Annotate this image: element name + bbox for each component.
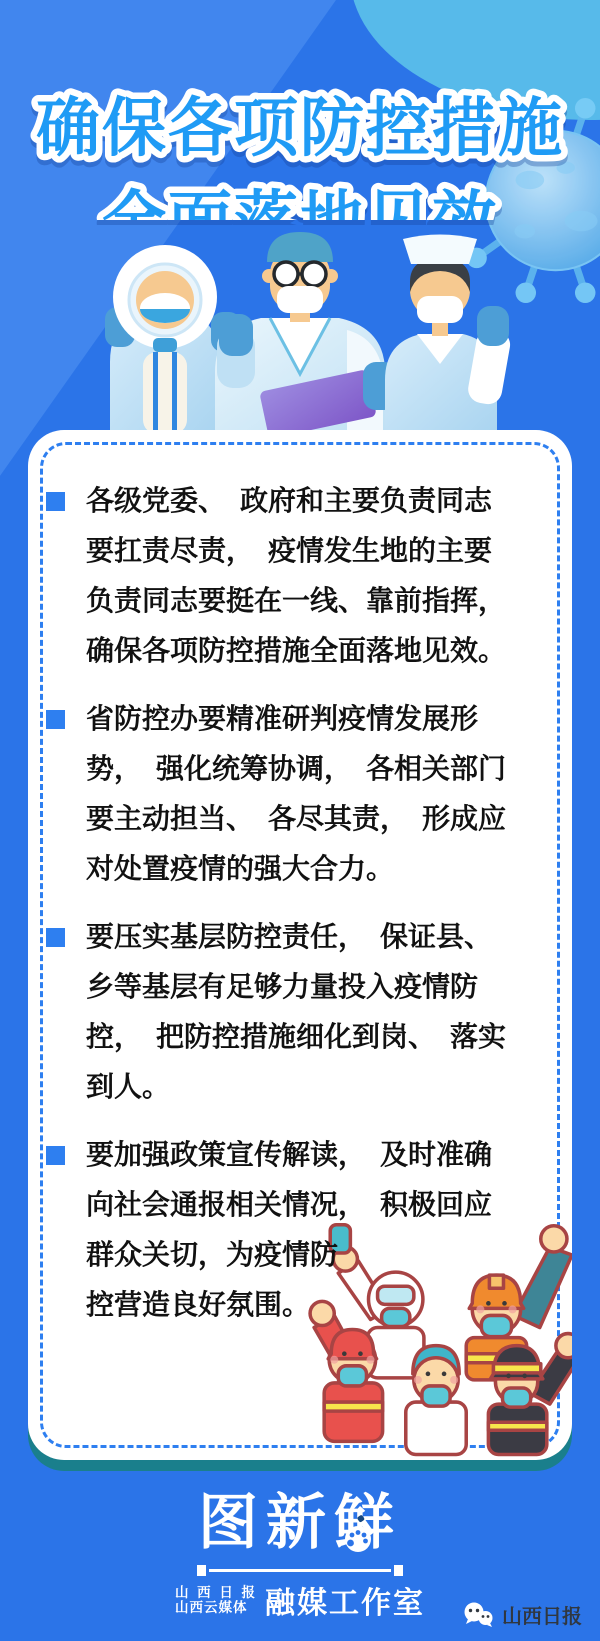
bullet-text: 省防控办要精准研判疫情发展形势， 强化统筹协调， 各相关部门要主动担当、 各尽其… — [86, 703, 506, 884]
publisher-line-1: 山西日报 — [175, 1585, 255, 1600]
bullet-marker-icon — [46, 492, 65, 511]
medical-team-illustration — [65, 212, 535, 434]
bullet-text: 要压实基层防控责任， 保证县、乡等基层有足够力量投入疫情防控， 把防控措施细化到… — [86, 921, 506, 1102]
logo-divider — [197, 1565, 403, 1576]
bullet-item: 要加强政策宣传解读， 及时准确向社会通报相关情况， 积极回应群众关切，为疫情防控… — [86, 1130, 514, 1330]
bullet-item: 省防控办要精准研判疫情发展形势， 强化统筹协调， 各相关部门要主动担当、 各尽其… — [86, 694, 514, 894]
doctor — [215, 232, 397, 434]
publisher-row: 山西日报 山西云媒体 融媒工作室 — [175, 1578, 425, 1622]
publisher-line-2: 山西云媒体 — [175, 1600, 255, 1615]
bullet-item: 各级党委、 政府和主要负责同志要扛责尽责， 疫情发生地的主要负责同志要挺在一线、… — [86, 476, 514, 676]
studio-label: 融媒工作室 — [265, 1578, 425, 1622]
divider-end-cap — [197, 1565, 206, 1576]
divider-end-cap — [394, 1565, 403, 1576]
bullet-text: 各级党委、 政府和主要负责同志要扛责尽责， 疫情发生地的主要负责同志要挺在一线、… — [86, 485, 506, 666]
bullet-marker-icon — [46, 1146, 65, 1165]
text-wrap-spacer — [514, 1130, 515, 1230]
wechat-icon — [463, 1602, 495, 1628]
content-card: 各级党委、 政府和主要负责同志要扛责尽责， 疫情发生地的主要负责同志要挺在一线、… — [28, 430, 572, 1460]
title-line-2: 全面落地见效 — [102, 185, 498, 220]
brand-logo: 图新鲜 — [0, 1492, 600, 1554]
nurse — [385, 235, 512, 435]
divider-line — [209, 1569, 391, 1572]
card-content: 各级党委、 政府和主要负责同志要扛责尽责， 疫情发生地的主要负责同志要挺在一线、… — [28, 430, 572, 1330]
bullet-marker-icon — [46, 710, 65, 729]
paint-palette-icon — [340, 1514, 380, 1554]
poster: 确保各项防控措施 全面落地见效 — [0, 0, 600, 1641]
watermark-label: 山西日报 — [502, 1600, 582, 1629]
bullet-item: 要压实基层防控责任， 保证县、乡等基层有足够力量投入疫情防控， 把防控措施细化到… — [86, 912, 514, 1112]
title-line-1: 确保各项防控措施 — [36, 92, 564, 164]
publisher-names: 山西日报 山西云媒体 — [175, 1585, 255, 1615]
bullet-marker-icon — [46, 928, 65, 947]
text-wrap-spacer — [352, 1230, 514, 1350]
page-title: 确保各项防控措施 全面落地见效 — [0, 40, 600, 220]
wechat-watermark: 山西日报 — [463, 1600, 582, 1629]
